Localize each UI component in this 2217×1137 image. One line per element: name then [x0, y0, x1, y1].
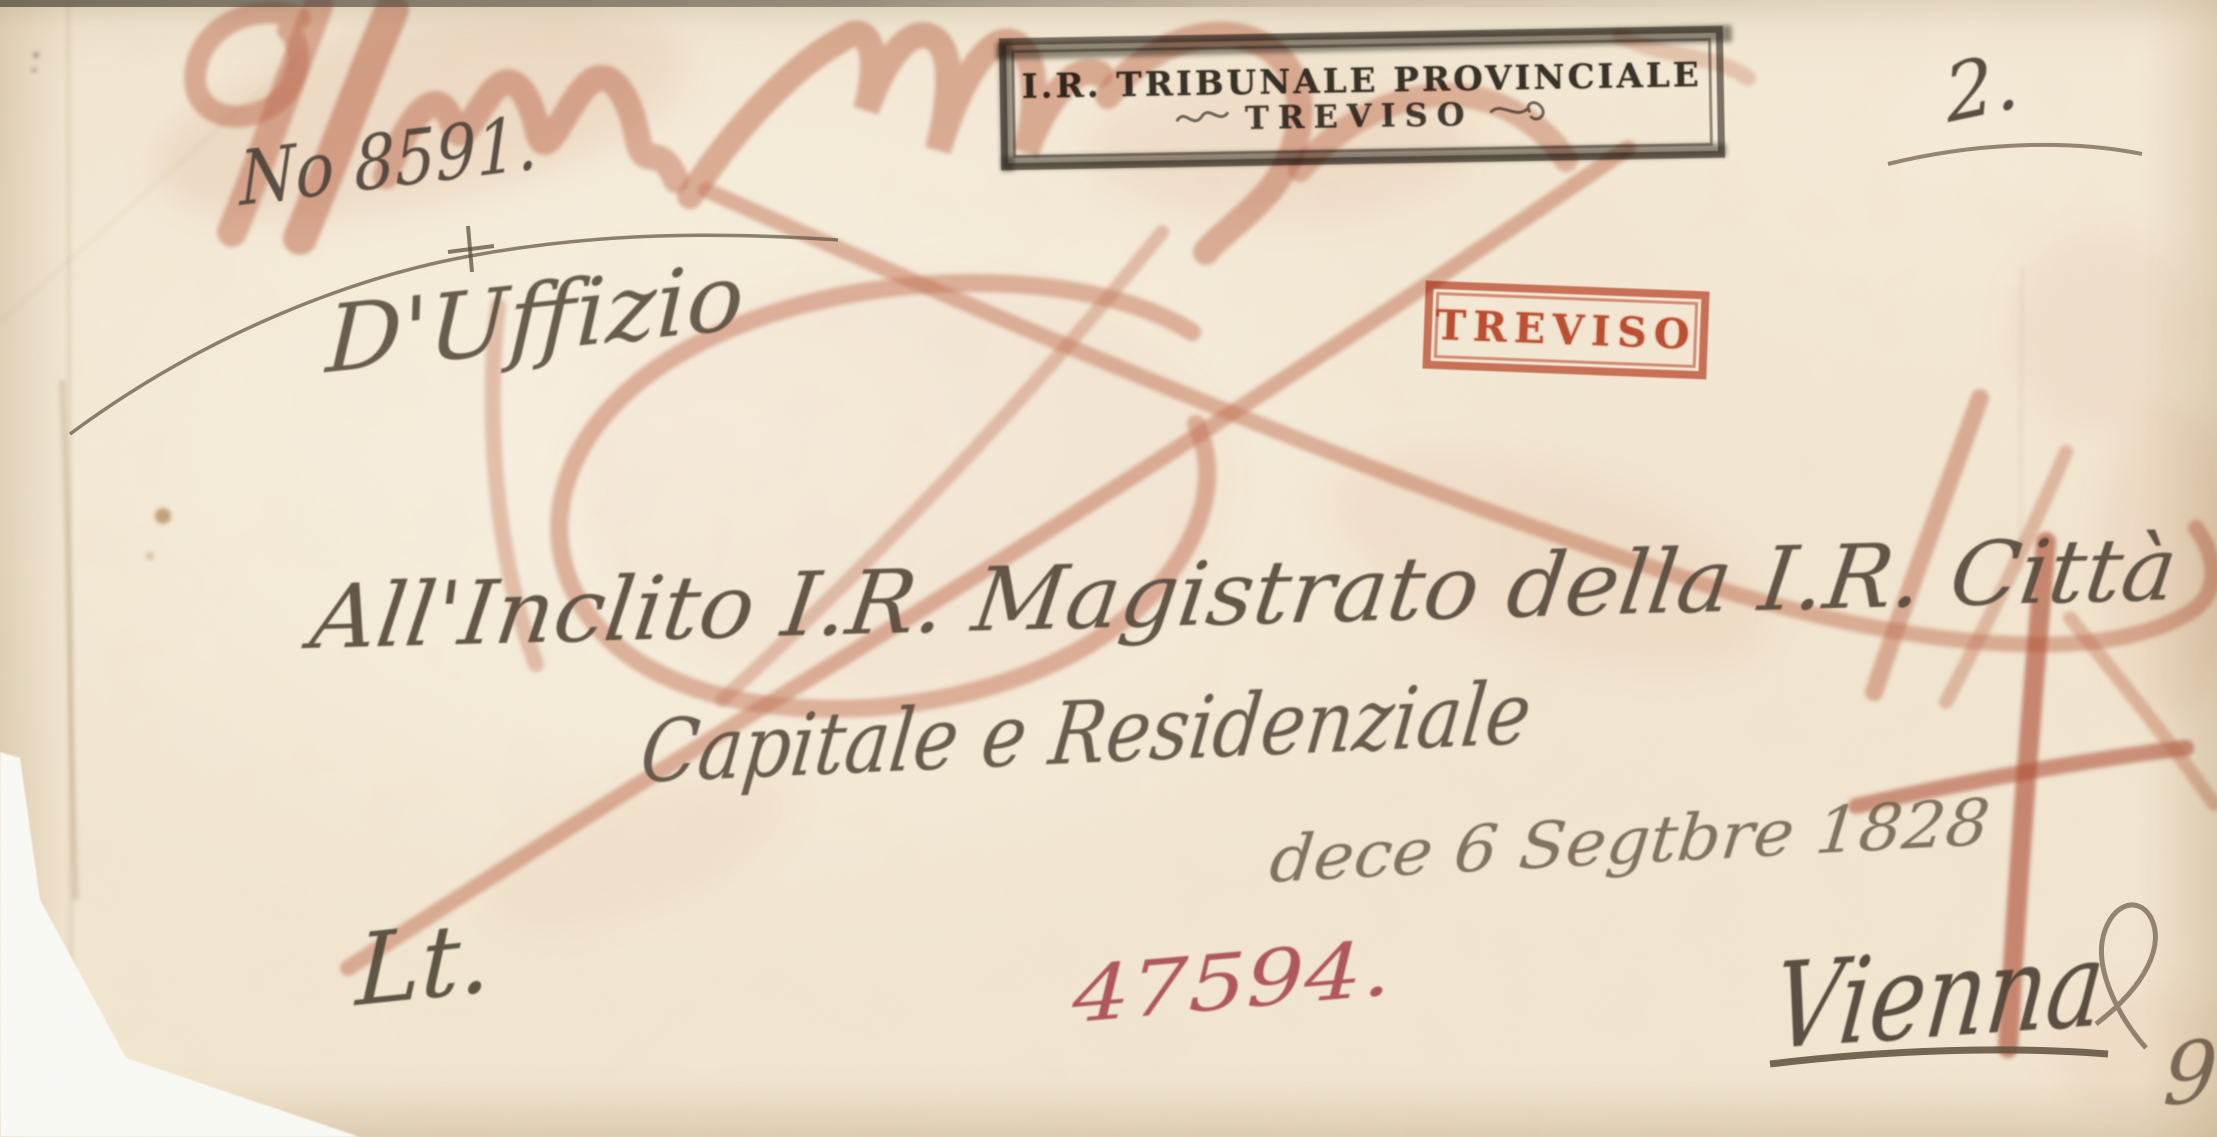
letter-cover-scan: I.R. TRIBUNALE PROVINCIALE TREVISO TREVI…	[0, 0, 2217, 1137]
manuscript-and-markings-layer: No 8591. D'Uffizio 2. All'Inclito I.R. M…	[0, 0, 2217, 1137]
paper-grain-texture	[0, 0, 2217, 1137]
scan-edge-strip	[0, 0, 2217, 7]
